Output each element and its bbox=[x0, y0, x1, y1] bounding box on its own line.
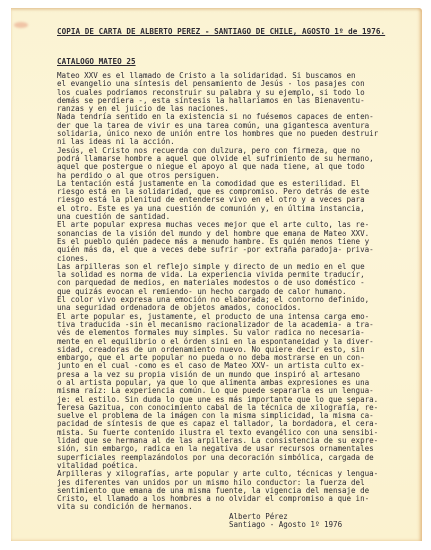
text-line: vita su condición de hermanos. bbox=[57, 503, 417, 511]
paper-stain bbox=[14, 22, 28, 28]
text-line: quién más da, el que a veces debe sufrir… bbox=[57, 246, 417, 254]
signature-block: Alberto Pérez Santiago - Agosto 1º 1976 bbox=[229, 513, 417, 530]
paragraph: Mateo XXV es el llamado de Cristo a la s… bbox=[57, 72, 417, 113]
paragraph: El color vivo expresa una emoción no ela… bbox=[57, 296, 417, 313]
paragraph: Arpilleras y xilografías, arte popular y… bbox=[57, 470, 417, 511]
paragraph: El arte popular es, justamente, el produ… bbox=[57, 313, 417, 471]
signature-place-date: Santiago - Agosto 1º 1976 bbox=[229, 521, 417, 529]
letter-subtitle: CATALOGO MATEO 25 bbox=[57, 57, 417, 66]
paragraph: Las arpilleras son el reflejo simple y d… bbox=[57, 263, 417, 296]
letter-body: Mateo XXV es el llamado de Cristo a la s… bbox=[57, 72, 417, 512]
paragraph: Jesús, el Cristo nos recuerda con dulzur… bbox=[57, 147, 417, 180]
paragraph: Nada tendría sentido en la existencia si… bbox=[57, 113, 417, 146]
letter-paper: COPIA DE CARTA DE ALBERTO PEREZ - SANTIA… bbox=[11, 8, 422, 541]
letter-title: COPIA DE CARTA DE ALBERTO PEREZ - SANTIA… bbox=[57, 27, 417, 36]
paragraph: La tentación está justamente en la comod… bbox=[57, 180, 417, 221]
letter-content: COPIA DE CARTA DE ALBERTO PEREZ - SANTIA… bbox=[57, 27, 417, 529]
paragraph: El arte popular expresa muchas veces mej… bbox=[57, 221, 417, 262]
